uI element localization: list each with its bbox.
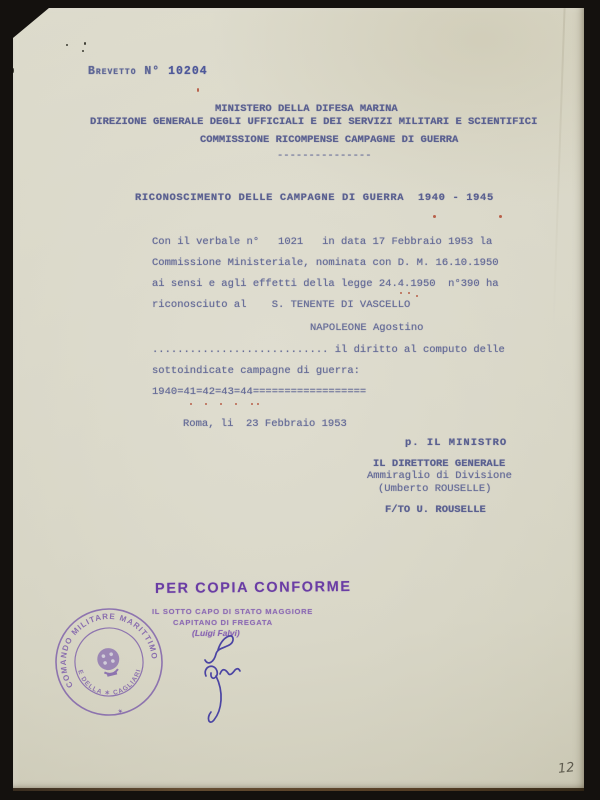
paper-speck [82, 50, 84, 52]
signatory-line-5: F/TO U. ROUSELLE [385, 504, 486, 516]
red-pencil-mark [433, 215, 436, 218]
letterhead-line-2: DIREZIONE GENERALE DEGLI UFFICIALI E DEI… [90, 116, 537, 128]
red-pencil-mark [235, 403, 237, 405]
signatory-line-4: (Umberto ROUSELLE) [378, 483, 491, 495]
round-stamp-star: ✶ [116, 707, 124, 716]
document-page: Brevetto N° 10204 MINISTERO DELLA DIFESA… [13, 8, 584, 791]
red-pencil-mark [257, 403, 259, 405]
letterhead-line-1: MINISTERO DELLA DIFESA MARINA [215, 103, 398, 115]
signatory-line-2: IL DIRETTORE GENERALE [373, 458, 505, 470]
document-title: RICONOSCIMENTO DELLE CAMPAGNE DI GUERRA … [135, 192, 494, 204]
body-line-4: riconosciuto al S. TENENTE DI VASCELLO [152, 299, 410, 311]
letterhead-line-3: COMMISSIONE RICOMPENSE CAMPAGNE DI GUERR… [200, 134, 458, 146]
paper-speck [66, 44, 68, 46]
body-line-1: Con il verbale n° 1021 in data 17 Febbra… [152, 236, 492, 248]
svg-text:COMANDO MILITARE MARITTIMO AUT: COMANDO MILITARE MARITTIMO AUTONOMO [37, 590, 161, 693]
red-pencil-mark [205, 403, 207, 405]
handwritten-signature [178, 620, 268, 730]
copy-stamp-title: PER COPIA CONFORME [155, 579, 352, 597]
campaign-years-line: 1940=41=42=43=44================== [152, 386, 366, 398]
body-line-6: sottoindicate campagne di guerra: [152, 365, 360, 377]
red-pencil-mark [400, 292, 402, 294]
red-pencil-mark [190, 403, 192, 405]
paper-crease [552, 8, 565, 328]
dateline: Roma, li 23 Febbraio 1953 [183, 418, 347, 430]
signatory-line-3: Ammiraglio di Divisione [367, 470, 512, 482]
red-pencil-mark [220, 403, 222, 405]
brevetto-number: 10204 [168, 65, 208, 78]
brevetto-label: Brevetto N° [88, 65, 168, 78]
red-pencil-mark [416, 295, 418, 297]
red-pencil-mark [408, 292, 410, 294]
page-bottom-edge [13, 788, 584, 791]
brevetto-number-line: Brevetto N° 10204 [88, 66, 208, 78]
body-line-3: ai sensi e agli effetti della legge 24.4… [152, 278, 499, 290]
copy-stamp-line-2: IL SOTTO CAPO DI STATO MAGGIORE [152, 607, 313, 616]
body-line-5: ............................ il diritto … [152, 344, 505, 356]
letterhead-divider: --------------- [277, 150, 372, 162]
red-pencil-mark [499, 215, 502, 218]
signatory-line-1: p. IL MINISTRO [405, 437, 507, 449]
recipient-name: NAPOLEONE Agostino [310, 322, 423, 334]
scanned-document-photo: { "document": { "brevetto_label": "Breve… [0, 0, 600, 800]
red-pencil-mark [197, 88, 199, 92]
paper-speck [84, 42, 86, 45]
stamp-emblem-icon [95, 646, 123, 678]
pencil-page-number: 12 [557, 760, 575, 777]
red-pencil-mark [251, 403, 253, 405]
body-line-2: Commissione Ministeriale, nominata con D… [152, 257, 499, 269]
round-stamp-outer-text: COMANDO MILITARE MARITTIMO AUTONOMO [37, 590, 161, 693]
paper-speck [12, 68, 14, 73]
